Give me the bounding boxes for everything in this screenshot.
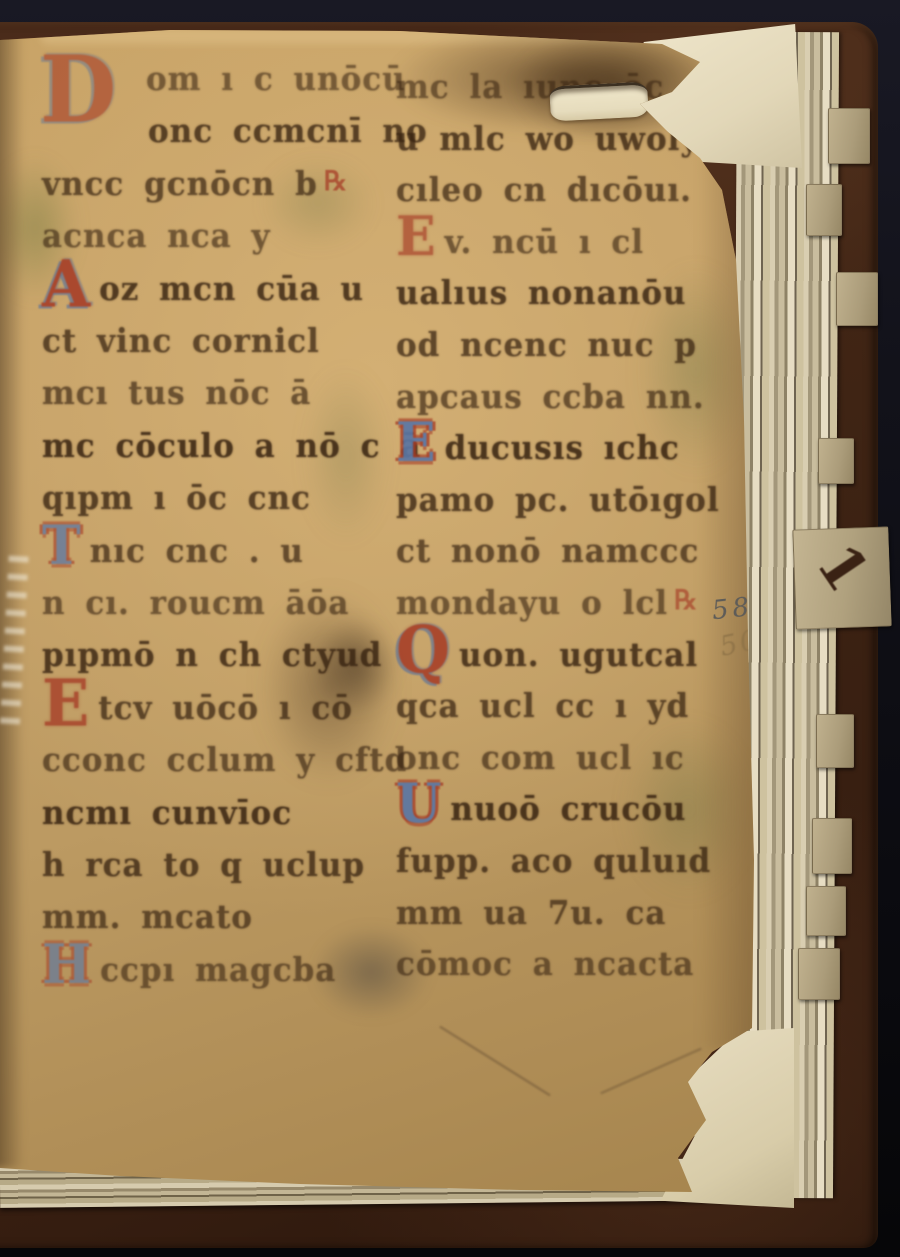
text-line: Educusıs ıchc	[396, 430, 680, 484]
text-line: cōmoc a ncacta	[396, 946, 694, 1000]
gothic-text: vncc gcnōcn b	[42, 166, 318, 203]
text-line: apcaus ccba nn.	[396, 379, 705, 433]
vellum-crack-1	[439, 1026, 550, 1097]
illuminated-initial-E: E	[396, 215, 437, 258]
text-line: pamo pc. utōıgol	[396, 482, 720, 536]
illuminated-initial-E: E	[396, 422, 437, 465]
illuminated-initial-U: U	[396, 783, 442, 826]
gothic-text: ducusıs ıchc	[445, 430, 680, 467]
chalk-marks-left-edge	[0, 556, 29, 737]
gothic-text: fupp. aco quluıd	[396, 843, 711, 880]
text-line: h rca to q uclup	[42, 847, 365, 901]
illuminated-initial-A: A	[42, 258, 91, 310]
red-ink-flourish: ℞	[324, 166, 348, 197]
gothic-text: ct nonō namccc	[396, 533, 699, 570]
gothic-text: qıpm ı ōc cnc	[42, 480, 311, 517]
gothic-text: qca ucl cc ı yd	[396, 688, 689, 725]
gothic-text: v. ncū ı cl	[445, 224, 644, 261]
text-line: Dom ı c unōcū	[42, 61, 406, 115]
fore-edge-tab-8	[806, 886, 846, 936]
text-line: mc cōculo a nō c ā	[42, 428, 421, 482]
gothic-text: cōmoc a ncacta	[396, 946, 694, 983]
fore-edge-tab-7	[812, 818, 852, 874]
text-line: Hccpı magcba	[42, 952, 336, 1006]
text-line: od ncenc nuc p	[396, 327, 697, 381]
fore-edge-tab-4	[818, 438, 854, 484]
gothic-text: mm ua 7u. ca	[396, 895, 666, 932]
illuminated-initial-E: E	[42, 677, 90, 729]
gothic-text: om ı c unōcū	[146, 61, 406, 98]
illuminated-initial-Q: Q	[396, 624, 451, 676]
illuminated-initial-H: H	[42, 943, 92, 986]
gothic-text: od ncenc nuc p	[396, 327, 697, 364]
gothic-text: uon. ugutcal	[459, 637, 698, 674]
fore-edge-tab-3	[836, 272, 878, 326]
text-line: ualıus nonanōu	[396, 275, 687, 329]
gothic-text: ccpı magcba	[100, 952, 336, 989]
text-line: Etcv uōcō ı cō	[42, 690, 353, 744]
gothic-text: cconc cclum y cftd	[42, 742, 407, 779]
gothic-text: apcaus ccba nn.	[396, 379, 705, 416]
text-line: u mlc wo uwoly	[396, 121, 699, 175]
text-line: onc ccmcnī no	[42, 113, 428, 167]
fore-edge-tab-9	[798, 948, 840, 1000]
text-line: Aoz mcn cūa u	[42, 271, 364, 325]
text-line: fupp. aco quluıd	[396, 843, 711, 897]
text-line: Unuoō crucōu	[396, 791, 686, 845]
text-line: vncc gcnōcn b℞	[42, 166, 348, 220]
illuminated-initial-T: T	[42, 524, 82, 567]
fore-edge-tab-2	[806, 184, 842, 236]
text-line: cıleo cn dıcōuı.	[396, 172, 692, 226]
text-line: ct nonō namccc	[396, 533, 699, 587]
fore-edge-tab-6	[816, 714, 854, 768]
fore-edge-tab-numbered: 1	[792, 526, 891, 629]
text-line: ct vinc cornicl	[42, 323, 320, 377]
manuscript-photograph: 1 Dom ı c unōcūonc ccmcnī novncc gcnōcn …	[0, 0, 900, 1257]
gothic-text: mcı tus nōc ā	[42, 375, 311, 412]
gothic-text: ualıus nonanōu	[396, 275, 687, 312]
text-line: mm ua 7u. ca	[396, 895, 666, 949]
text-line: Tnıc cnc . u	[42, 533, 304, 587]
gothic-text: u mlc wo uwoly	[396, 121, 699, 158]
tab-numeral: 1	[808, 535, 879, 601]
gothic-text: oz mcn cūa u	[99, 271, 364, 308]
gothic-text: onc ccmcnī no	[148, 113, 428, 150]
text-line: Quon. ugutcal	[396, 637, 698, 691]
text-line: ncmı cunvīoc	[42, 795, 292, 849]
text-line: pıpmō n ch ctyud	[42, 637, 382, 691]
text-line: qıpm ı ōc cnc	[42, 480, 311, 534]
text-line: cconc cclum y cftd	[42, 742, 407, 796]
text-line: qca ucl cc ı yd	[396, 688, 689, 742]
text-line: n cı. roucm āōa	[42, 585, 349, 639]
gothic-text: pıpmō n ch ctyud	[42, 637, 382, 674]
gothic-text: ct vinc cornicl	[42, 323, 320, 360]
gothic-text: h rca to q uclup	[42, 847, 365, 884]
gothic-text: mm. mcato	[42, 899, 253, 936]
vellum-crack-2	[600, 1048, 701, 1095]
fore-edge-tab-1	[828, 108, 870, 164]
red-ink-flourish: ℞	[674, 585, 698, 616]
parchment-hole	[549, 81, 649, 121]
text-line: Ev. ncū ı cl	[396, 224, 644, 278]
gothic-text: nuoō crucōu	[450, 791, 686, 828]
gothic-text: mc cōculo a nō c ā	[42, 428, 421, 465]
text-line: mcı tus nōc ā	[42, 375, 311, 429]
gothic-text: nıc cnc . u	[90, 533, 304, 570]
gothic-text: n cı. roucm āōa	[42, 585, 349, 622]
gothic-text: pamo pc. utōıgol	[396, 482, 720, 519]
gothic-text: cıleo cn dıcōuı.	[396, 172, 692, 209]
gothic-text: ncmı cunvīoc	[42, 795, 292, 832]
gothic-text: tcv uōcō ı cō	[98, 690, 353, 727]
